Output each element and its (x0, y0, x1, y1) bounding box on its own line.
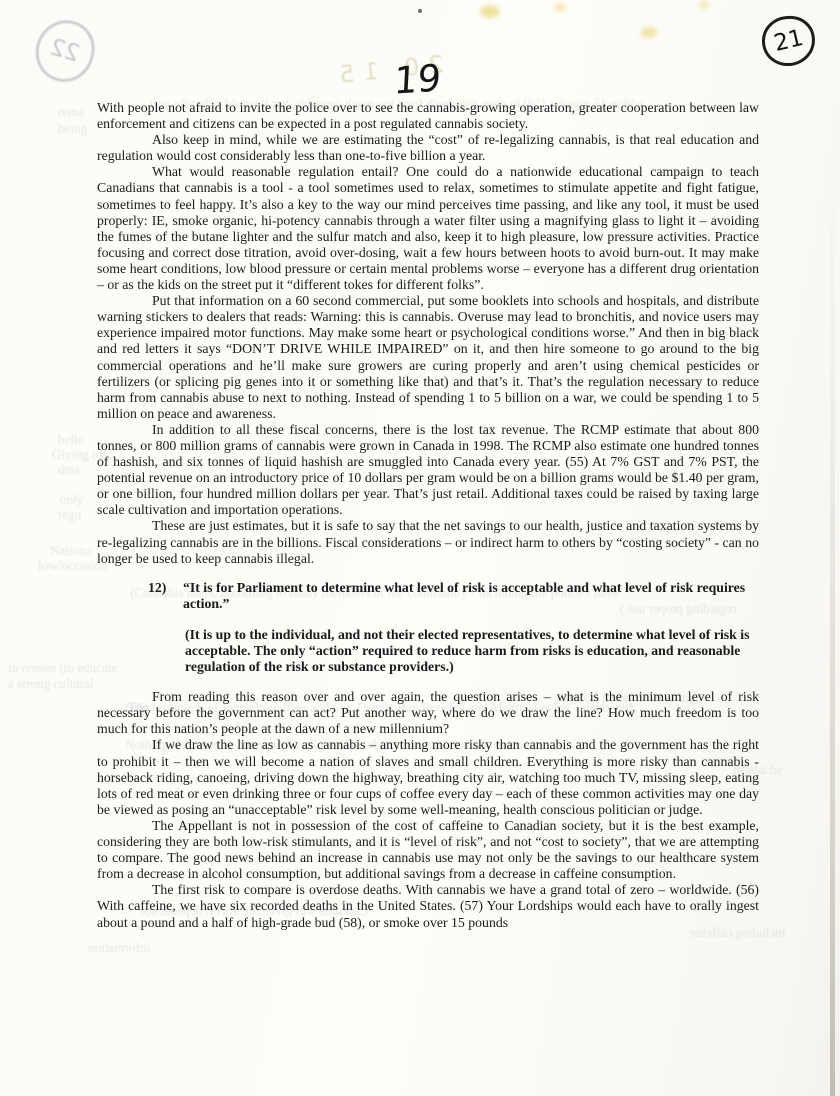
paragraph-text: (It is up to the individual, and not the… (185, 627, 750, 674)
handwritten-page-number: 19 (393, 56, 442, 103)
page-edge-shadow (830, 0, 835, 1096)
bleedthrough-text: rema (58, 104, 84, 119)
ink-speck (418, 9, 422, 13)
paragraph: Also keep in mind, while we are estimati… (97, 132, 759, 164)
section-heading: 12)“It is for Parliament to determine wh… (148, 580, 759, 612)
scanned-document-page: within 15 minutes (59) to even risk deat… (0, 0, 840, 1096)
paragraph-text: What would reasonable regulation entail?… (97, 164, 759, 292)
bleedthrough-text: Nationa (50, 543, 92, 558)
bleedthrough-number-text: 22 (47, 34, 82, 67)
paragraph-text: The Appellant is not in possession of th… (97, 818, 759, 881)
paragraph-text: These are just estimates, but it is safe… (97, 518, 759, 565)
bleedthrough-text: information (88, 940, 150, 955)
paper-stain (480, 5, 500, 18)
paragraph: Put that information on a 60 second comm… (97, 293, 759, 422)
paragraph: The Appellant is not in possession of th… (97, 818, 759, 882)
bleedthrough-text: belie (58, 432, 84, 447)
document-text: With people not afraid to invite the pol… (97, 100, 759, 931)
bleedthrough-text: dras (58, 462, 80, 477)
paragraph: With people not afraid to invite the pol… (97, 100, 759, 132)
circled-page-number-text: 21 (771, 25, 805, 57)
circled-page-number: 21 (760, 14, 817, 68)
paragraph: What would reasonable regulation entail?… (97, 164, 759, 293)
bleedthrough-text: a strong cultural (8, 676, 94, 691)
paragraph: These are just estimates, but it is safe… (97, 518, 759, 566)
paragraph: In addition to all these fiscal concerns… (97, 422, 759, 519)
paragraph: From reading this reason over and over a… (97, 689, 759, 737)
section-number: 12) (148, 580, 183, 596)
bleedthrough-circled-page-number: 22 (29, 13, 102, 89)
paragraph-text: From reading this reason over and over a… (97, 689, 759, 736)
paragraph-text: Put that information on a 60 second comm… (97, 293, 759, 421)
paragraph-text: In addition to all these fiscal concerns… (97, 422, 759, 517)
paragraph-text: If we draw the line as low as cannabis –… (97, 737, 759, 816)
paragraph-text: The first risk to compare is overdose de… (97, 882, 759, 929)
paper-stain (699, 1, 709, 9)
bleedthrough-text: regu (58, 507, 81, 522)
paragraph-text: With people not afraid to invite the pol… (97, 100, 759, 131)
paragraph-text: “It is for Parliament to determine what … (183, 580, 745, 611)
paragraph: The first risk to compare is overdose de… (97, 882, 759, 930)
bleedthrough-text: being (58, 121, 87, 136)
paper-stain (641, 27, 657, 38)
section-subheading: (It is up to the individual, and not the… (185, 627, 759, 675)
paper-stain (554, 3, 566, 12)
paragraph-text: Also keep in mind, while we are estimati… (97, 132, 759, 163)
paragraph: If we draw the line as low as cannabis –… (97, 737, 759, 817)
bleedthrough-text: only (60, 492, 83, 507)
